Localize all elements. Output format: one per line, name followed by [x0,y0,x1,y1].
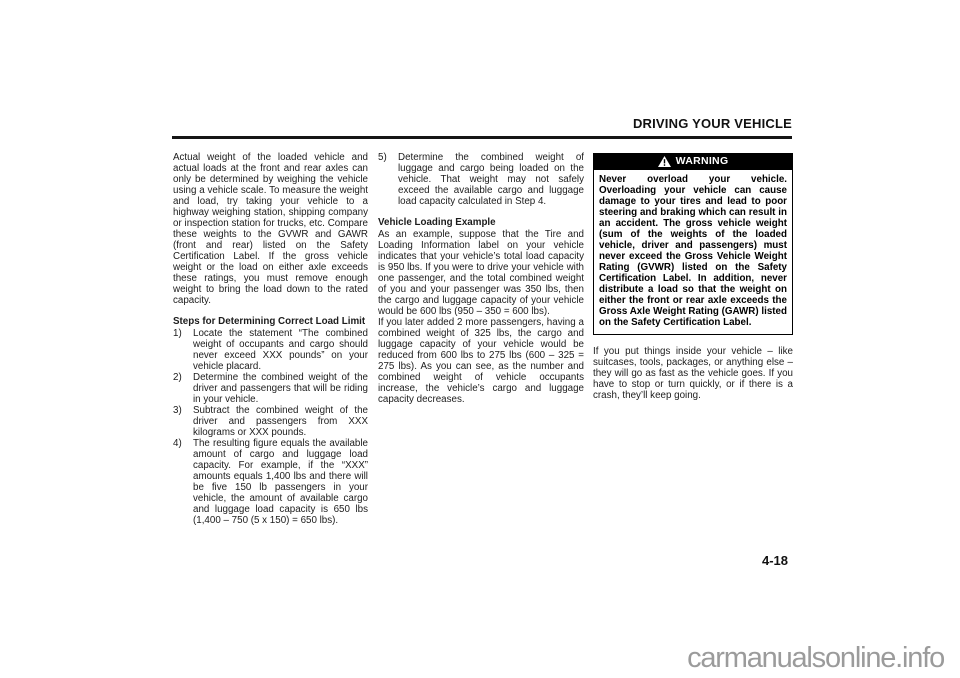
step-text: Subtract the combined weight of the driv… [193,405,368,438]
page-number: 4-18 [698,553,788,568]
list-item: 2) Determine the combined weight of the … [173,372,368,405]
paragraph-weighing: Actual weight of the loaded vehicle and … [173,152,368,306]
list-item: 3) Subtract the combined weight of the d… [173,405,368,438]
step-text: Locate the statement “The combined weigh… [193,328,368,372]
step-number: 3) [173,405,193,416]
steps-list: 1) Locate the statement “The combined we… [173,328,368,526]
list-item: 4) The resulting figure equals the avail… [173,438,368,526]
manual-page: DRIVING YOUR VEHICLE Actual weight of th… [0,0,960,678]
step-text: Determine the combined weight of the dri… [193,372,368,405]
list-item: 1) Locate the statement “The combined we… [173,328,368,372]
paragraph-loose-items: If you put things inside your vehicle – … [593,346,793,401]
step-text: The resulting figure equals the availabl… [193,438,368,526]
step-number: 5) [378,152,398,163]
warning-icon [658,156,671,167]
watermark-text: carmanualsonline.info [687,642,944,675]
column-left: Actual weight of the loaded vehicle and … [173,152,368,526]
column-middle: 5) Determine the combined weight of lugg… [378,152,584,405]
column-right: WARNING Never overload your vehicle. Ove… [593,153,793,401]
warning-body-text: Never overload your vehicle. Overloading… [594,170,792,334]
warning-box: WARNING Never overload your vehicle. Ove… [593,153,793,335]
header-rule [172,136,792,139]
paragraph-example-1: As an example, suppose that the Tire and… [378,229,584,317]
page-header-title: DRIVING YOUR VEHICLE [172,116,792,131]
heading-loading-example: Vehicle Loading Example [378,217,584,228]
step-number: 4) [173,438,193,449]
step-text: Determine the combined weight of luggage… [398,152,584,207]
warning-header: WARNING [594,154,792,170]
step-number: 1) [173,328,193,339]
heading-steps: Steps for Determining Correct Load Limit [173,316,368,327]
warning-title: WARNING [676,156,729,167]
paragraph-example-2: If you later added 2 more passengers, ha… [378,317,584,405]
step-number: 2) [173,372,193,383]
list-item: 5) Determine the combined weight of lugg… [378,152,584,207]
